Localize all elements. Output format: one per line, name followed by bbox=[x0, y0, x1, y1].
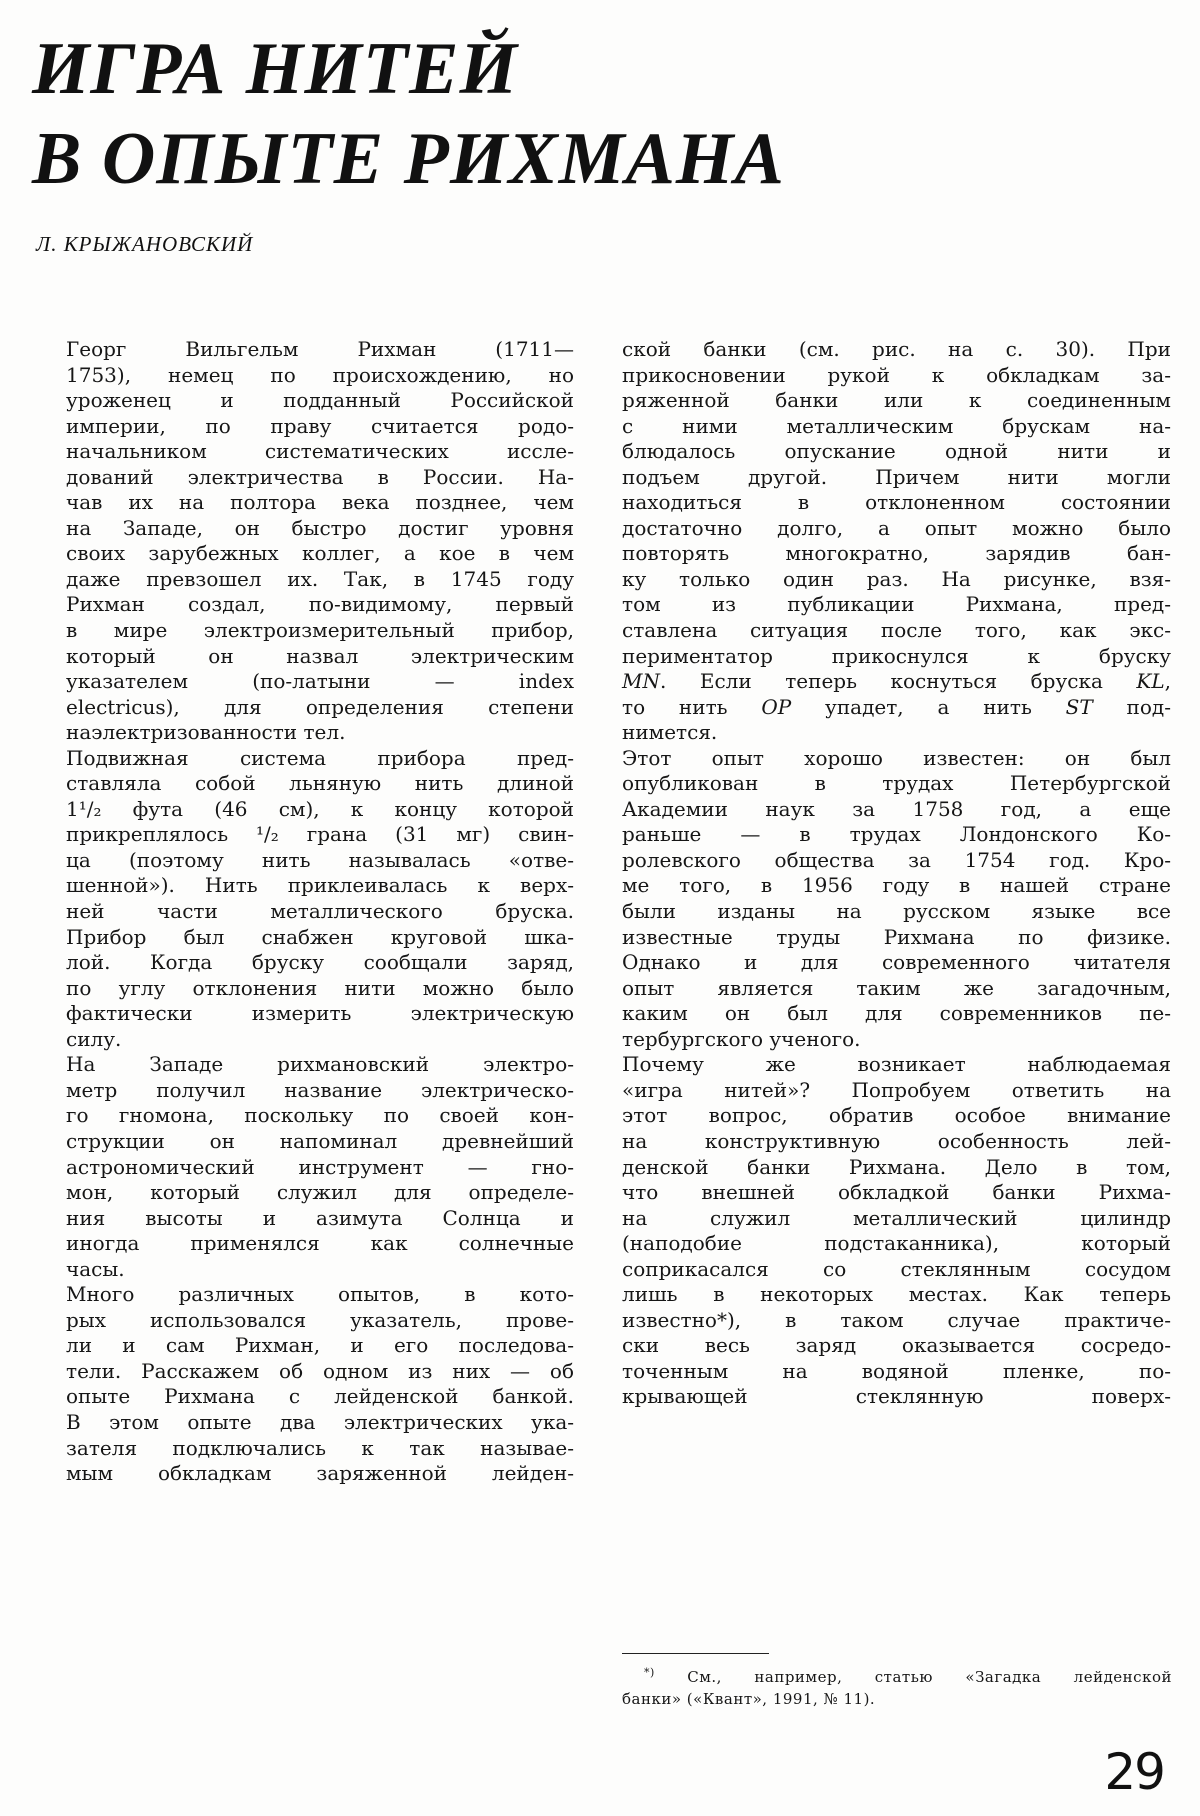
text-line: известно*), в таком случае практиче- bbox=[622, 1308, 1171, 1334]
text-line: находиться в отклоненном состоянии bbox=[622, 490, 1171, 516]
text-line: чав их на полтора века позднее, чем bbox=[66, 490, 574, 516]
text-line: Академии наук за 1758 год, а еще bbox=[622, 797, 1171, 823]
text-line: ли и сам Рихман, и его последова- bbox=[66, 1333, 574, 1359]
author-byline: Л. КРЫЖАНОВСКИЙ bbox=[36, 232, 253, 257]
footnote-divider bbox=[622, 1653, 769, 1654]
text-line: своих зарубежных коллег, а кое в чем bbox=[66, 541, 574, 567]
text-line: ставлена ситуация после того, как экс- bbox=[622, 618, 1171, 644]
text-line: подъем другой. Причем нити могли bbox=[622, 465, 1171, 491]
text-line: наэлектризованности тел. bbox=[66, 720, 574, 746]
text-line: Этот опыт хорошо известен: он был bbox=[622, 746, 1171, 772]
text-line: астрономический инструмент — гно- bbox=[66, 1155, 574, 1181]
text-line: го гномона, поскольку по своей кон- bbox=[66, 1103, 574, 1129]
text-line: даже превзошел их. Так, в 1745 году bbox=[66, 567, 574, 593]
text-line: ца (поэтому нить называлась «отве- bbox=[66, 848, 574, 874]
text-line: который он назвал электрическим bbox=[66, 644, 574, 670]
text-line: блюдалось опускание одной нити и bbox=[622, 439, 1171, 465]
text-line: 1¹/₂ фута (46 см), к концу которой bbox=[66, 797, 574, 823]
text-line: «игра нитей»? Попробуем ответить на bbox=[622, 1078, 1171, 1104]
text-line: на конструктивную особенность лей- bbox=[622, 1129, 1171, 1155]
text-line: нимется. bbox=[622, 720, 1171, 746]
text-line: повторять многократно, зарядив бан- bbox=[622, 541, 1171, 567]
text-line: том из публикации Рихмана, пред- bbox=[622, 592, 1171, 618]
text-line: В этом опыте два электрических ука- bbox=[66, 1410, 574, 1436]
text-line: известные труды Рихмана по физике. bbox=[622, 925, 1171, 951]
title-line-1: ИГРА НИТЕЙ bbox=[32, 32, 518, 106]
text-line: зателя подключались к так называе- bbox=[66, 1436, 574, 1462]
text-line: периментатор прикоснулся к бруску bbox=[622, 644, 1171, 670]
text-line: каким он был для современников пе- bbox=[622, 1001, 1171, 1027]
text-line: силу. bbox=[66, 1027, 574, 1053]
text-line: MN. Если теперь коснуться бруска KL, bbox=[622, 669, 1171, 695]
footnote-marker: *) bbox=[644, 1666, 655, 1679]
text-line: дований электричества в России. На- bbox=[66, 465, 574, 491]
left-text-column: Георг Вильгельм Рихман (1711—1753), неме… bbox=[66, 337, 574, 1487]
text-line: этот вопрос, обратив особое внимание bbox=[622, 1103, 1171, 1129]
text-line: опыте Рихмана с лейденской банкой. bbox=[66, 1384, 574, 1410]
text-line: Почему же возникает наблюдаемая bbox=[622, 1052, 1171, 1078]
text-line: 1753), немец по происхождению, но bbox=[66, 363, 574, 389]
footnote-text-1: См., например, статью «Загадка лейденско… bbox=[687, 1668, 1172, 1686]
text-line: опыт является таким же загадочным, bbox=[622, 976, 1171, 1002]
text-line: Однако и для современного читателя bbox=[622, 950, 1171, 976]
text-line: то нить OP упадет, а нить ST под- bbox=[622, 695, 1171, 721]
text-line: лишь в некоторых местах. Как теперь bbox=[622, 1282, 1171, 1308]
text-line: лой. Когда бруску сообщали заряд, bbox=[66, 950, 574, 976]
text-line: ряженной банки или к соединенным bbox=[622, 388, 1171, 414]
text-line: ролевского общества за 1754 год. Кро- bbox=[622, 848, 1171, 874]
text-line: на Западе, он быстро достиг уровня bbox=[66, 516, 574, 542]
text-line: начальником систематических иссле- bbox=[66, 439, 574, 465]
text-line: Много различных опытов, в кото- bbox=[66, 1282, 574, 1308]
text-line: мон, который служил для определе- bbox=[66, 1180, 574, 1206]
text-line: уроженец и подданный Российской bbox=[66, 388, 574, 414]
text-line: ски весь заряд оказывается сосредо- bbox=[622, 1333, 1171, 1359]
page-number: 29 bbox=[1104, 1742, 1164, 1802]
footnote: *) См., например, статью «Загадка лейден… bbox=[622, 1662, 1172, 1710]
text-line: Прибор был снабжен круговой шка- bbox=[66, 925, 574, 951]
text-line: в мире электроизмерительный прибор, bbox=[66, 618, 574, 644]
text-line: соприкасался со стеклянным сосудом bbox=[622, 1257, 1171, 1283]
text-line: ставляла собой льняную нить длиной bbox=[66, 771, 574, 797]
text-line: шенной»). Нить приклеивалась к верх- bbox=[66, 873, 574, 899]
text-line: Рихман создал, по-видимому, первый bbox=[66, 592, 574, 618]
text-line: прикосновении рукой к обкладкам за- bbox=[622, 363, 1171, 389]
text-line: указателем (по-латыни — index bbox=[66, 669, 574, 695]
text-line: иногда применялся как солнечные bbox=[66, 1231, 574, 1257]
text-line: империи, по праву считается родо- bbox=[66, 414, 574, 440]
text-line: по углу отклонения нити можно было bbox=[66, 976, 574, 1002]
text-line: достаточно долго, а опыт можно было bbox=[622, 516, 1171, 542]
text-line: фактически измерить электрическую bbox=[66, 1001, 574, 1027]
footnote-line-2: банки» («Квант», 1991, № 11). bbox=[622, 1688, 1172, 1710]
footnote-line-1: *) См., например, статью «Загадка лейден… bbox=[622, 1662, 1172, 1688]
text-line: точенным на водяной пленке, по- bbox=[622, 1359, 1171, 1385]
text-line: крывающей стеклянную поверх- bbox=[622, 1384, 1171, 1410]
text-line: метр получил название электрическо- bbox=[66, 1078, 574, 1104]
text-line: тели. Расскажем об одном из них — об bbox=[66, 1359, 574, 1385]
text-line: что внешней обкладкой банки Рихма- bbox=[622, 1180, 1171, 1206]
text-line: мым обкладкам заряженной лейден- bbox=[66, 1461, 574, 1487]
text-line: ку только один раз. На рисунке, взя- bbox=[622, 567, 1171, 593]
text-line: тербургского ученого. bbox=[622, 1027, 1171, 1053]
text-line: с ними металлическим брускам на- bbox=[622, 414, 1171, 440]
text-line: опубликован в трудах Петербургской bbox=[622, 771, 1171, 797]
right-text-column: ской банки (см. рис. на с. 30). Приприко… bbox=[622, 337, 1171, 1410]
text-line: часы. bbox=[66, 1257, 574, 1283]
text-line: Георг Вильгельм Рихман (1711— bbox=[66, 337, 574, 363]
text-line: были изданы на русском языке все bbox=[622, 899, 1171, 925]
text-line: денской банки Рихмана. Дело в том, bbox=[622, 1155, 1171, 1181]
text-line: На Западе рихмановский электро- bbox=[66, 1052, 574, 1078]
text-line: (наподобие подстаканника), который bbox=[622, 1231, 1171, 1257]
text-line: раньше — в трудах Лондонского Ко- bbox=[622, 822, 1171, 848]
text-line: на служил металлический цилиндр bbox=[622, 1206, 1171, 1232]
text-line: Подвижная система прибора пред- bbox=[66, 746, 574, 772]
text-line: струкции он напоминал древнейший bbox=[66, 1129, 574, 1155]
text-line: ния высоты и азимута Солнца и bbox=[66, 1206, 574, 1232]
text-line: electricus), для определения степени bbox=[66, 695, 574, 721]
text-line: ской банки (см. рис. на с. 30). При bbox=[622, 337, 1171, 363]
title-line-2: В ОПЫТЕ РИХМАНА bbox=[32, 122, 785, 196]
text-line: прикреплялось ¹/₂ грана (31 мг) свин- bbox=[66, 822, 574, 848]
text-line: рых использовался указатель, прове- bbox=[66, 1308, 574, 1334]
text-line: ней части металлического бруска. bbox=[66, 899, 574, 925]
text-line: ме того, в 1956 году в нашей стране bbox=[622, 873, 1171, 899]
